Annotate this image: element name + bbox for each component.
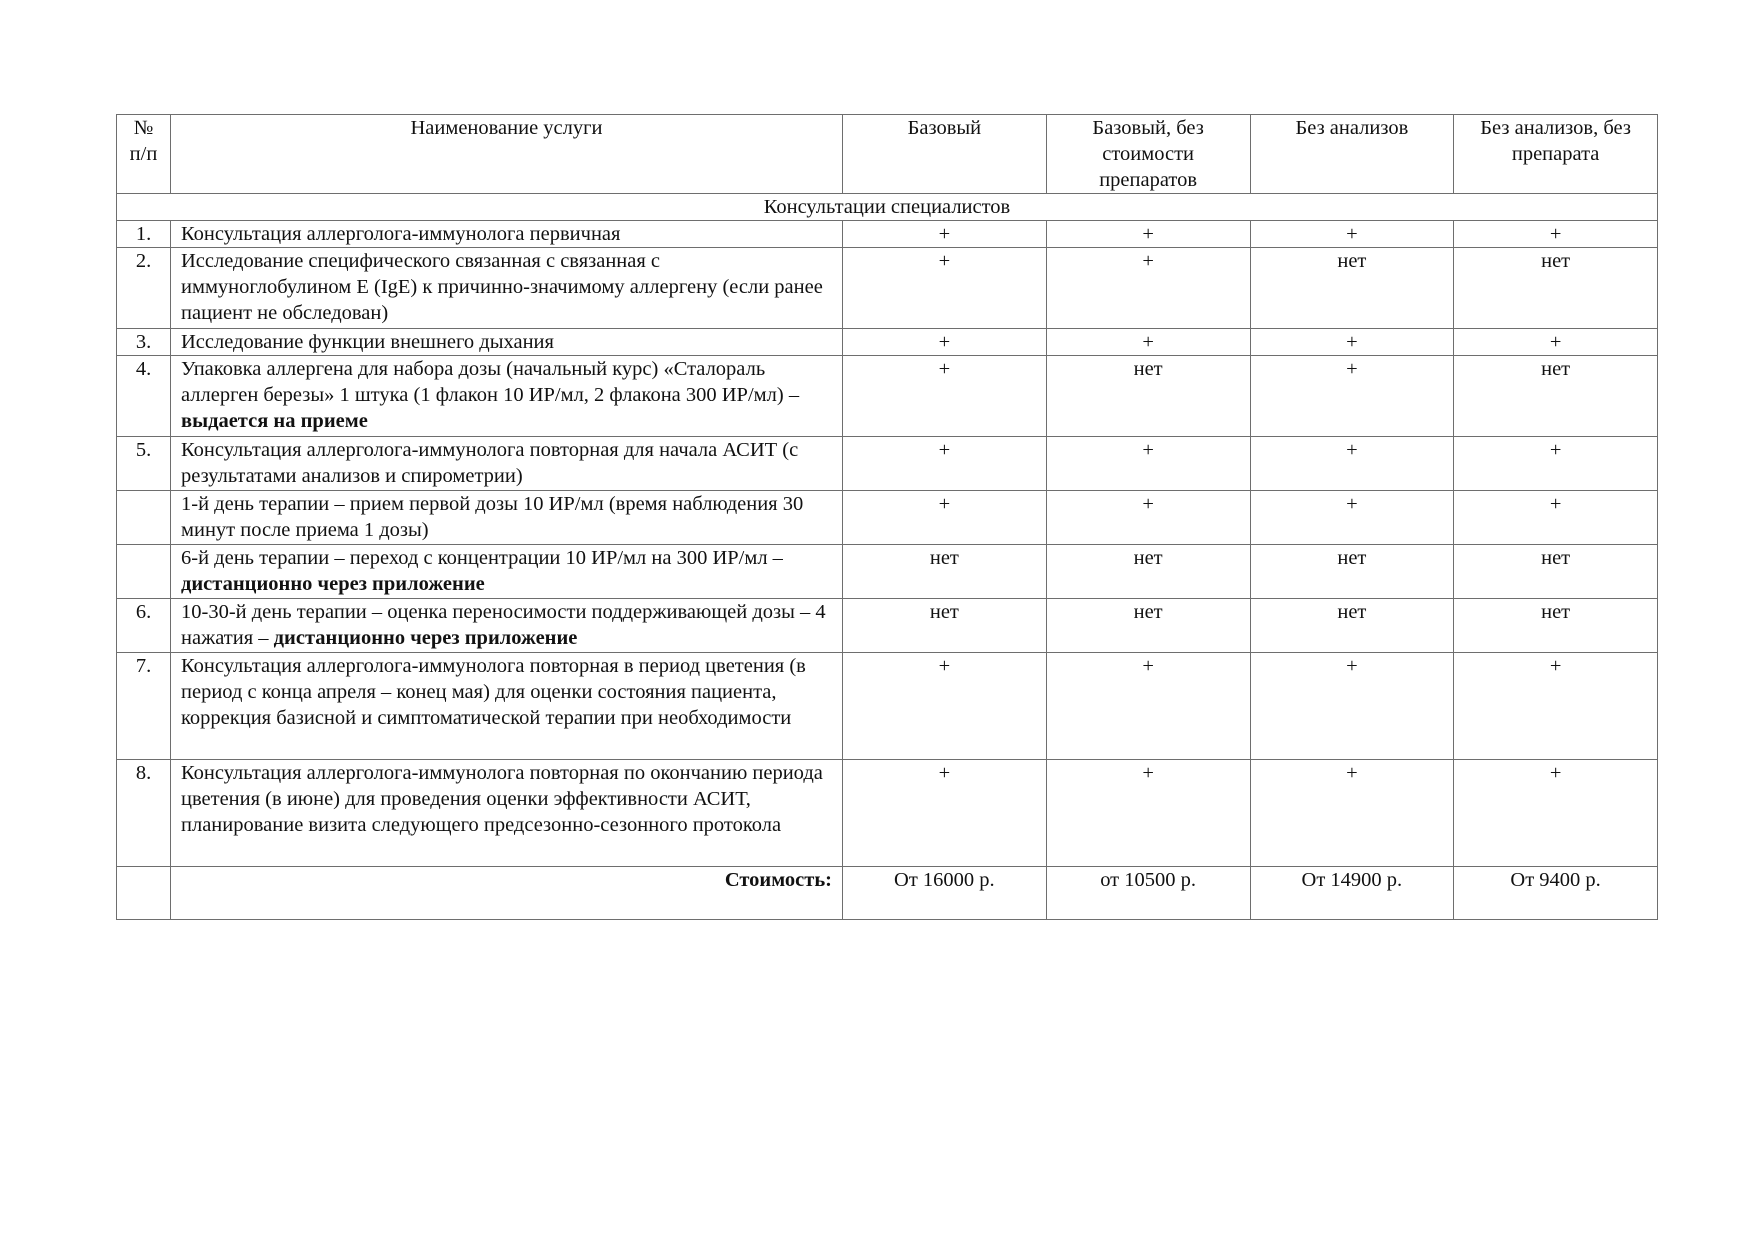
section-row: Консультации специалистов [117,194,1658,221]
inclusion-mark: + [1046,437,1250,491]
service-row: 5.Консультация аллерголога-иммунолога по… [117,437,1658,491]
service-name: Исследование специфического связанная с … [171,248,843,329]
header-num: № п/п [117,115,171,194]
row-number: 2. [117,248,171,329]
inclusion-mark: нет [1454,248,1658,329]
inclusion-mark: + [1250,491,1454,545]
header-row: № п/п Наименование услуги Базовый Базовы… [117,115,1658,194]
service-row: 6.10-30-й день терапии – оценка переноси… [117,599,1658,653]
header-name: Наименование услуги [171,115,843,194]
service-name: Консультация аллерголога-иммунолога повт… [171,653,843,760]
inclusion-mark: + [1454,760,1658,867]
inclusion-mark: + [1250,221,1454,248]
service-row: 7.Консультация аллерголога-иммунолога по… [117,653,1658,760]
service-name: 1-й день терапии – прием первой дозы 10 … [171,491,843,545]
header-plan-no-tests: Без анализов [1250,115,1454,194]
service-text: Консультация аллерголога-иммунолога повт… [181,762,823,836]
inclusion-mark: + [843,437,1047,491]
inclusion-mark: + [843,760,1047,867]
inclusion-mark: нет [1454,599,1658,653]
inclusion-mark: + [843,221,1047,248]
row-number: 6. [117,599,171,653]
service-text: Консультация аллерголога-иммунолога повт… [181,655,806,729]
inclusion-mark: + [1250,437,1454,491]
service-name: Упаковка аллергена для набора дозы (нача… [171,356,843,437]
service-row: 6-й день терапии – переход с концентраци… [117,545,1658,599]
service-name: 6-й день терапии – переход с концентраци… [171,545,843,599]
service-row: 2.Исследование специфического связанная … [117,248,1658,329]
row-number: 7. [117,653,171,760]
inclusion-mark: + [1454,491,1658,545]
service-text: Исследование функции внешнего дыхания [181,331,554,353]
service-text: Исследование специфического связанная с … [181,250,823,324]
service-text: 1-й день терапии – прием первой дозы 10 … [181,493,803,541]
total-price-basic-no-drugs: от 10500 р. [1046,867,1250,920]
inclusion-mark: + [843,356,1047,437]
service-name: Консультация аллерголога-иммунолога повт… [171,760,843,867]
inclusion-mark: нет [843,545,1047,599]
inclusion-mark: + [1250,356,1454,437]
service-text: Упаковка аллергена для набора дозы (нача… [181,358,799,406]
total-price-basic: От 16000 р. [843,867,1047,920]
inclusion-mark: нет [1454,356,1658,437]
service-note-bold: выдается на приеме [181,410,368,432]
inclusion-mark: + [1250,760,1454,867]
header-plan-basic: Базовый [843,115,1047,194]
service-row: 3.Исследование функции внешнего дыхания+… [117,329,1658,356]
inclusion-mark: нет [843,599,1047,653]
total-num [117,867,171,920]
service-name: 10-30-й день терапии – оценка переносимо… [171,599,843,653]
service-row: 8.Консультация аллерголога-иммунолога по… [117,760,1658,867]
inclusion-mark: + [1454,653,1658,760]
inclusion-mark: нет [1046,356,1250,437]
inclusion-mark: нет [1250,545,1454,599]
inclusion-mark: + [843,329,1047,356]
inclusion-mark: + [843,248,1047,329]
row-number: 4. [117,356,171,437]
inclusion-mark: + [1454,221,1658,248]
total-price-no-tests-no-drug: От 9400 р. [1454,867,1658,920]
row-number: 5. [117,437,171,491]
service-name: Консультация аллерголога-иммунолога перв… [171,221,843,248]
inclusion-mark: + [1046,221,1250,248]
row-number [117,491,171,545]
inclusion-mark: + [1046,653,1250,760]
total-row: Стоимость: От 16000 р. от 10500 р. От 14… [117,867,1658,920]
service-text: Консультация аллерголога-иммунолога повт… [181,439,798,487]
inclusion-mark: нет [1046,599,1250,653]
service-row: 1-й день терапии – прием первой дозы 10 … [117,491,1658,545]
service-note-bold: дистанционно через приложение [274,627,578,649]
header-plan-no-tests-no-drug: Без анализов, без препарата [1454,115,1658,194]
inclusion-mark: + [843,653,1047,760]
inclusion-mark: + [843,491,1047,545]
row-number: 8. [117,760,171,867]
inclusion-mark: + [1454,329,1658,356]
service-note-bold: дистанционно через приложение [181,573,485,595]
inclusion-mark: нет [1250,248,1454,329]
service-row: 4.Упаковка аллергена для набора дозы (на… [117,356,1658,437]
service-text: Консультация аллерголога-иммунолога перв… [181,223,620,245]
inclusion-mark: + [1454,437,1658,491]
total-label: Стоимость: [171,867,843,920]
inclusion-mark: нет [1454,545,1658,599]
service-name: Консультация аллерголога-иммунолога повт… [171,437,843,491]
total-price-no-tests: От 14900 р. [1250,867,1454,920]
service-name: Исследование функции внешнего дыхания [171,329,843,356]
header-plan-basic-no-drugs: Базовый, без стоимости препаратов [1046,115,1250,194]
inclusion-mark: + [1046,329,1250,356]
inclusion-mark: + [1046,248,1250,329]
service-text: 6-й день терапии – переход с концентраци… [181,547,783,569]
inclusion-mark: нет [1250,599,1454,653]
inclusion-mark: + [1046,491,1250,545]
section-title: Консультации специалистов [117,194,1658,221]
inclusion-mark: нет [1046,545,1250,599]
service-row: 1.Консультация аллерголога-иммунолога пе… [117,221,1658,248]
inclusion-mark: + [1250,653,1454,760]
row-number: 3. [117,329,171,356]
price-table: № п/п Наименование услуги Базовый Базовы… [116,114,1658,920]
inclusion-mark: + [1250,329,1454,356]
inclusion-mark: + [1046,760,1250,867]
row-number [117,545,171,599]
row-number: 1. [117,221,171,248]
